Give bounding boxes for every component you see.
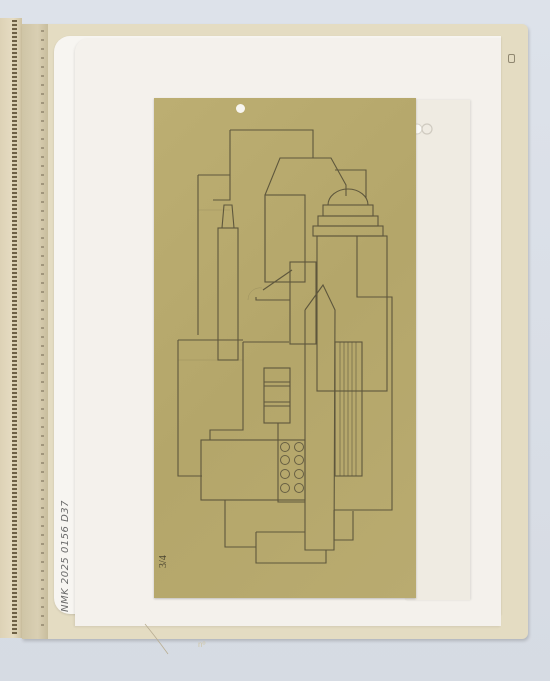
inventory-number: NMK 2025 0156 D37 — [60, 500, 71, 612]
board-faint-mark: nº — [198, 640, 205, 649]
pencil-cityscape-drawing — [0, 0, 550, 681]
window-circles-icon — [281, 443, 304, 493]
card-number-label: 3/4 — [158, 555, 169, 568]
